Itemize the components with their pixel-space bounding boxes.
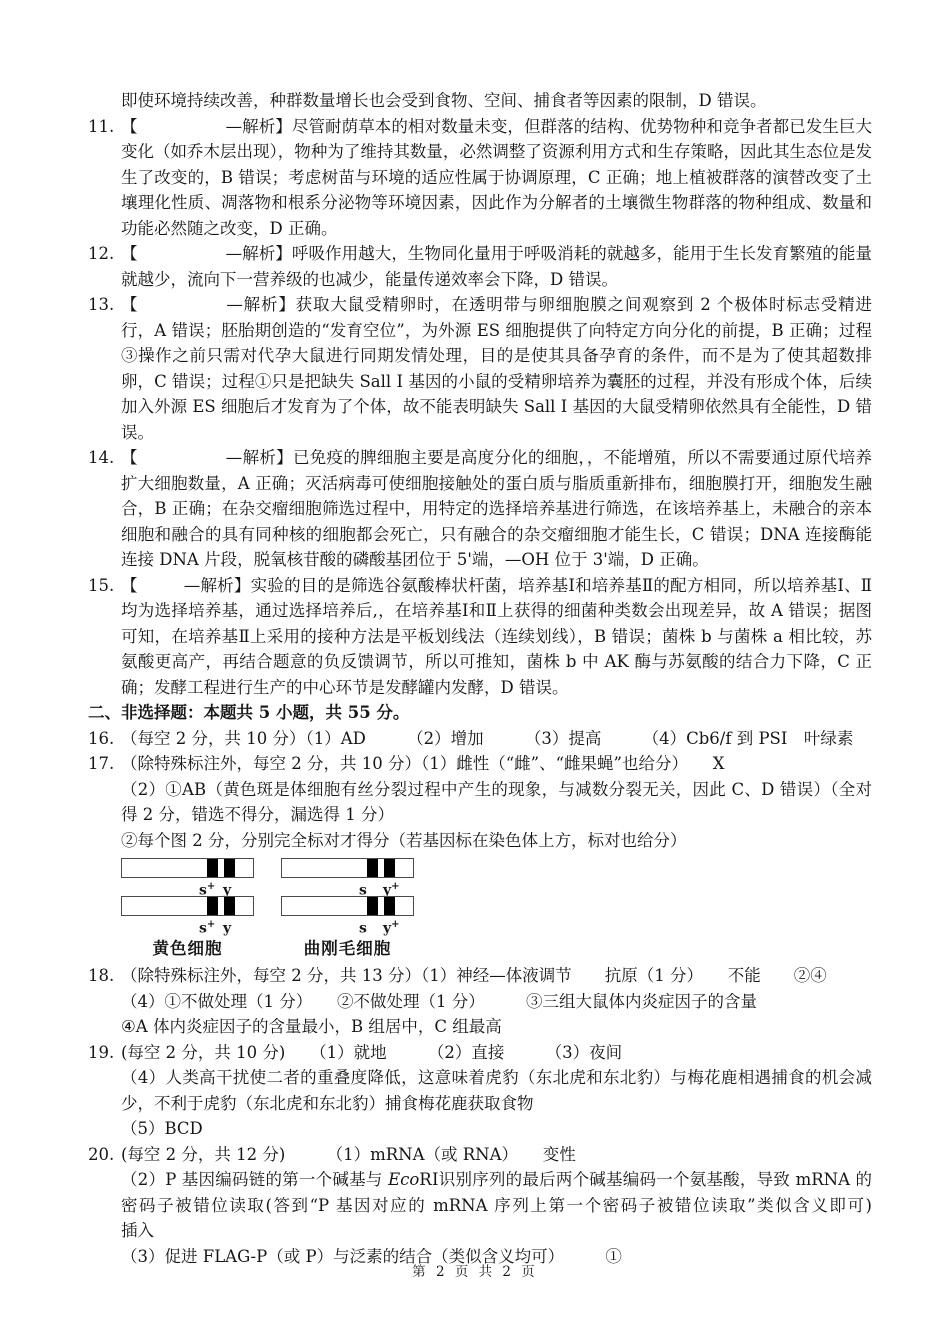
question-number: 17. <box>88 751 114 777</box>
analysis-label: —解析】 <box>226 117 292 136</box>
answer-line: ②每个图 2 分，分别完全标对才得分（若基因标在染色体上方，标对也给分） <box>121 828 872 854</box>
question-number: 15. <box>88 573 114 599</box>
bracket-open: 【 <box>121 244 138 263</box>
chromosome-bar <box>121 858 254 878</box>
analysis-item-15: 15. 【—解析】实验的目的是筛选谷氨酸棒状杆菌，培养基Ⅰ和培养基Ⅱ的配方相同，… <box>88 573 872 701</box>
answer-blank <box>138 309 226 310</box>
gene-label: y <box>223 916 231 938</box>
chromosome-band <box>224 897 235 915</box>
bracket-open: 【 <box>121 295 138 314</box>
analysis-label: —解析】 <box>226 448 293 467</box>
analysis-paragraph: 【—解析】实验的目的是筛选谷氨酸棒状杆菌，培养基Ⅰ和培养基Ⅱ的配方相同，所以培养… <box>121 573 872 701</box>
answer-item-20: 20. (每空 2 分，共 12 分) （1）mRNA（或 RNA） 变性 （2… <box>88 1142 872 1270</box>
chromosome-bar <box>281 858 414 878</box>
question-number: 19. <box>88 1040 114 1066</box>
answer-line: （2）①AB（黄色斑是体细胞有丝分裂过程中产生的现象，与减数分裂无关，因此 C、… <box>121 777 872 828</box>
chromosome-bar <box>121 896 254 916</box>
analysis-paragraph: 【—解析】尽管耐荫草本的相对数量未变，但群落的结构、优势物种和竞争者都已发生巨大… <box>121 114 872 242</box>
chromosome-band <box>367 897 378 915</box>
answer-line: （除特殊标注外，每空 2 分，共 10 分）（1）雌性（“雌”、“雌果蝇”也给分… <box>121 751 872 777</box>
answer-key-page: 即使环境持续改善，种群数量增长也会受到食物、空间、捕食者等因素的限制，D 错误。… <box>88 88 872 1269</box>
answer-text-segment: （2）P 基因编码链的第一个碱基与 <box>121 1170 388 1189</box>
analysis-label: —解析】 <box>226 244 292 263</box>
question-number: 13. <box>88 292 114 318</box>
analysis-paragraph: 【—解析】获取大鼠受精卵时，在透明带与卵细胞膜之间观察到 2 个极体时标志受精进… <box>121 292 872 445</box>
question-number: 16. <box>88 726 114 752</box>
italic-enzyme-name: Eco <box>388 1170 419 1189</box>
answer-line: (每空 2 分，共 10 分) （1）就地 （2）直接 （3）夜间 <box>121 1040 872 1066</box>
question-number: 11. <box>88 114 114 140</box>
answer-line: （4）人类高干扰使二者的重叠度降低，这意味着虎豹（东北虎和东北豹）与梅花鹿相遇捕… <box>121 1065 872 1116</box>
gene-label: y+ <box>383 916 400 938</box>
chromosome-bar <box>281 896 414 916</box>
gene-label: s+ <box>199 916 215 938</box>
answer-item-16: 16. （每空 2 分，共 10 分）（1）AD （2）增加 （3）提高 （4）… <box>88 726 872 752</box>
figure-caption: 曲刚毛细胞 <box>281 938 414 960</box>
answer-blank <box>138 590 184 591</box>
answer-line: （除特殊标注外，每空 2 分，共 13 分）（1）神经—体液调节 抗原（1 分）… <box>121 963 872 989</box>
chromosome-band <box>384 897 395 915</box>
answer-blank <box>138 462 226 463</box>
bracket-open: 【 <box>121 117 138 136</box>
question-number: 18. <box>88 963 114 989</box>
section-2-heading: 二、非选择题：本题共 5 小题，共 55 分。 <box>88 700 872 726</box>
continuation-text: 即使环境持续改善，种群数量增长也会受到食物、空间、捕食者等因素的限制，D 错误。 <box>88 88 872 114</box>
bracket-open: 【 <box>121 576 138 595</box>
analysis-item-14: 14. 【—解析】已免疫的脾细胞主要是高度分化的细胞，，不能增殖，所以不需要通过… <box>88 445 872 573</box>
question-number: 12. <box>88 241 114 267</box>
chromosome-band <box>224 859 235 877</box>
analysis-label: —解析】 <box>226 295 295 314</box>
chromosome-band <box>207 859 218 877</box>
gene-label: s <box>359 916 367 938</box>
answer-line: （5）BCD <box>121 1116 872 1142</box>
bracket-open: 【 <box>121 448 138 467</box>
chromosome-band <box>367 859 378 877</box>
question-number: 14. <box>88 445 114 471</box>
analysis-paragraph: 【—解析】呼吸作用越大，生物同化量用于呼吸消耗的就越多，能用于生长发育繁殖的能量… <box>121 241 872 292</box>
answer-line: （每空 2 分，共 10 分）（1）AD （2）增加 （3）提高 （4）Cb6/… <box>121 726 872 752</box>
analysis-label: —解析】 <box>184 576 251 595</box>
gene-label-row: s y+ <box>281 878 414 896</box>
curved-bristle-cell-diagram: s y+ s y+ 曲刚毛细胞 <box>281 858 414 960</box>
answer-line: （4）①不做处理（1 分） ②不做处理（1 分） ③三组大鼠体内炎症因子的含量 <box>121 989 872 1015</box>
chromosome-figure: s+ y s+ y 黄色细胞 <box>121 858 872 960</box>
answer-blank <box>138 131 226 132</box>
answer-item-19: 19. (每空 2 分，共 10 分) （1）就地 （2）直接 （3）夜间 （4… <box>88 1040 872 1142</box>
analysis-text: 获取大鼠受精卵时，在透明带与卵细胞膜之间观察到 2 个极体时标志受精进行，A 错… <box>121 295 872 442</box>
analysis-item-11: 11. 【—解析】尽管耐荫草本的相对数量未变，但群落的结构、优势物种和竞争者都已… <box>88 114 872 242</box>
yellow-cell-diagram: s+ y s+ y 黄色细胞 <box>121 858 254 960</box>
analysis-item-12: 12. 【—解析】呼吸作用越大，生物同化量用于呼吸消耗的就越多，能用于生长发育繁… <box>88 241 872 292</box>
gene-label-row: s+ y <box>121 916 254 934</box>
chromosome-band <box>207 897 218 915</box>
figure-caption: 黄色细胞 <box>121 938 254 960</box>
answer-item-18: 18. （除特殊标注外，每空 2 分，共 13 分）（1）神经—体液调节 抗原（… <box>88 963 872 1040</box>
analysis-paragraph: 【—解析】已免疫的脾细胞主要是高度分化的细胞，，不能增殖，所以不需要通过原代培养… <box>121 445 872 573</box>
answer-line: ④A 体内炎症因子的含量最小，B 组居中，C 组最高 <box>121 1014 872 1040</box>
analysis-item-13: 13. 【—解析】获取大鼠受精卵时，在透明带与卵细胞膜之间观察到 2 个极体时标… <box>88 292 872 445</box>
answer-item-17: 17. （除特殊标注外，每空 2 分，共 10 分）（1）雌性（“雌”、“雌果蝇… <box>88 751 872 960</box>
page-number: 第 2 页 共 2 页 <box>0 1260 950 1286</box>
chromosome-band <box>384 859 395 877</box>
gene-label-row: s y+ <box>281 916 414 934</box>
answer-blank <box>138 258 226 259</box>
question-number: 20. <box>88 1142 114 1168</box>
gene-label-row: s+ y <box>121 878 254 896</box>
answer-line: (每空 2 分，共 12 分) （1）mRNA（或 RNA） 变性 <box>121 1142 872 1168</box>
answer-line: （2）P 基因编码链的第一个碱基与 EcoRⅠ识别序列的最后两个碱基编码一个氨基… <box>121 1167 872 1244</box>
